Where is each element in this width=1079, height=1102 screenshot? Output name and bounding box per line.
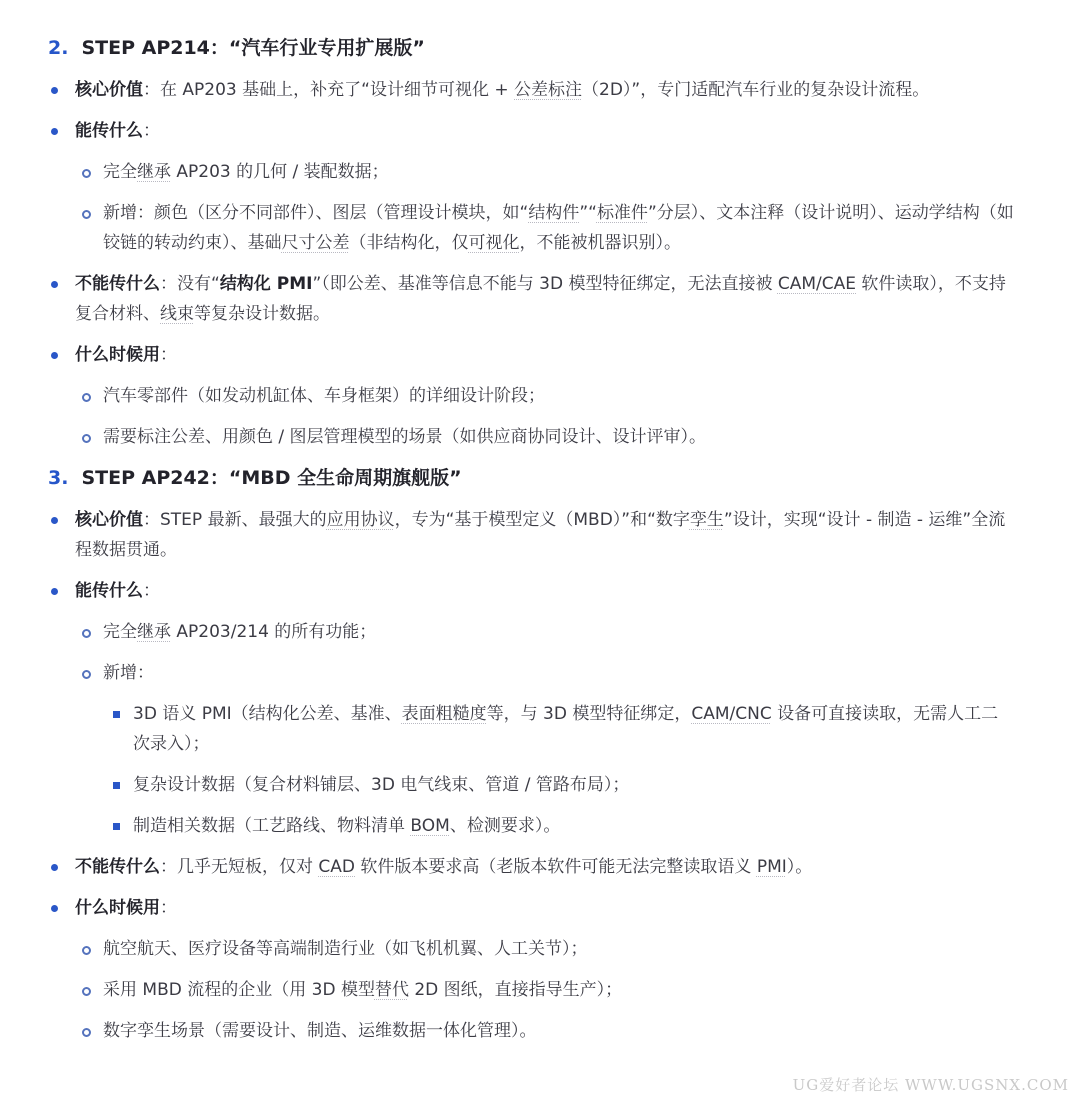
text-segment: ： bbox=[143, 581, 160, 601]
text-segment: 孪生 bbox=[690, 510, 724, 530]
text-segment: 等复杂设计数据。 bbox=[194, 304, 330, 324]
text-segment: AP203/214 的所有功能； bbox=[171, 622, 376, 642]
text-segment: ”（即公差、基准等信息不能与 3D 模型特征绑定，无法直接被 bbox=[312, 274, 777, 294]
list-item-text: 完全继承 AP203/214 的所有功能； bbox=[103, 622, 376, 642]
list-item: 什么时候用： bbox=[0, 893, 1015, 923]
text-segment: 表面粗糙度 bbox=[402, 704, 487, 724]
list-item-text: 新增：颜色（区分不同部件）、图层（管理设计模块，如“结构件”“标准件”分层）、文… bbox=[103, 203, 1014, 253]
text-segment: （非结构化，仅 bbox=[350, 233, 469, 253]
text-segment: ： bbox=[160, 345, 177, 365]
list-item: 不能传什么：没有“结构化 PMI”（即公差、基准等信息不能与 3D 模型特征绑定… bbox=[0, 269, 1015, 329]
text-segment: ”“ bbox=[579, 203, 597, 223]
heading-text: STEP AP242：“MBD 全生命周期旗舰版” bbox=[81, 467, 461, 489]
bold-term: 能传什么 bbox=[75, 581, 143, 601]
bold-term: 核心价值 bbox=[75, 80, 143, 100]
circle-bullet-icon bbox=[82, 1028, 91, 1037]
square-bullet-icon bbox=[113, 823, 120, 830]
text-segment: （2D）”，专门适配汽车行业的复杂设计流程。 bbox=[582, 80, 929, 100]
text-segment: 、检测要求）。 bbox=[450, 816, 561, 836]
list-item-text: 新增： bbox=[103, 663, 154, 683]
bold-term: 能传什么 bbox=[75, 121, 143, 141]
text-segment: 航空航天、医疗设备等高端制造行业（如飞机机翼、人工关节）； bbox=[103, 939, 588, 959]
heading-number: 2. bbox=[48, 37, 68, 59]
square-bullet-icon bbox=[113, 782, 120, 789]
circle-bullet-icon bbox=[82, 393, 91, 402]
bold-term: 什么时候用 bbox=[75, 898, 160, 918]
heading-number: 3. bbox=[48, 467, 68, 489]
list-item-text: 制造相关数据（工艺路线、物料清单 BOM、检测要求）。 bbox=[133, 816, 560, 836]
text-segment: 继承 bbox=[137, 622, 171, 642]
disc-bullet-icon bbox=[51, 905, 58, 912]
list-item-text: 能传什么： bbox=[75, 581, 160, 601]
text-segment: ，不能被机器识别）。 bbox=[520, 233, 682, 253]
text-segment: CAD bbox=[318, 857, 355, 877]
text-segment: 2D 图纸，直接指导生产）； bbox=[409, 980, 622, 1000]
section-heading: 3.STEP AP242：“MBD 全生命周期旗舰版” bbox=[0, 463, 1015, 493]
list-item-text: 什么时候用： bbox=[75, 898, 177, 918]
text-segment: 完全 bbox=[103, 622, 137, 642]
text-segment: ：在 AP203 基础上，补充了“设计细节可视化 + bbox=[143, 80, 514, 100]
list-item-text: 采用 MBD 流程的企业（用 3D 模型替代 2D 图纸，直接指导生产）； bbox=[103, 980, 622, 1000]
text-segment: AP203 的几何 / 装配数据； bbox=[171, 162, 389, 182]
text-segment: ，专为“基于模型定义（MBD）”和“数字 bbox=[395, 510, 690, 530]
list-item-text: 核心价值：在 AP203 基础上，补充了“设计细节可视化 + 公差标注（2D）”… bbox=[75, 80, 929, 100]
list-item-text: 3D 语义 PMI（结构化公差、基准、表面粗糙度等，与 3D 模型特征绑定，CA… bbox=[133, 704, 998, 754]
text-segment: 软件版本要求高（老版本软件可能无法完整读取语义 bbox=[355, 857, 757, 877]
circle-bullet-icon bbox=[82, 629, 91, 638]
list-item: 完全继承 AP203/214 的所有功能； bbox=[0, 617, 1015, 647]
circle-bullet-icon bbox=[82, 946, 91, 955]
list-item: 什么时候用： bbox=[0, 340, 1015, 370]
text-segment: 尺寸公差 bbox=[282, 233, 350, 253]
text-segment: CAM/CAE bbox=[778, 274, 856, 294]
list-item: 航空航天、医疗设备等高端制造行业（如飞机机翼、人工关节）； bbox=[0, 934, 1015, 964]
text-segment: 标准件 bbox=[597, 203, 648, 223]
text-segment: 需要标注公差、用颜色 / 图层管理模型的场景（如供应商协同设计、设计评审）。 bbox=[103, 427, 706, 447]
circle-bullet-icon bbox=[82, 210, 91, 219]
bold-term: 什么时候用 bbox=[75, 345, 160, 365]
list-item: 完全继承 AP203 的几何 / 装配数据； bbox=[0, 157, 1015, 187]
list-item-text: 完全继承 AP203 的几何 / 装配数据； bbox=[103, 162, 389, 182]
disc-bullet-icon bbox=[51, 517, 58, 524]
list-item-text: 什么时候用： bbox=[75, 345, 177, 365]
text-segment: ： bbox=[160, 898, 177, 918]
text-segment: 继承 bbox=[137, 162, 171, 182]
disc-bullet-icon bbox=[51, 864, 58, 871]
text-segment: ： bbox=[143, 121, 160, 141]
list-item-text: 复杂设计数据（复合材料铺层、3D 电气线束、管道 / 管路布局）； bbox=[133, 775, 629, 795]
circle-bullet-icon bbox=[82, 434, 91, 443]
list-item: 需要标注公差、用颜色 / 图层管理模型的场景（如供应商协同设计、设计评审）。 bbox=[0, 422, 1015, 452]
circle-bullet-icon bbox=[82, 987, 91, 996]
text-segment: 结构件 bbox=[528, 203, 579, 223]
text-segment: 等，与 3D 模型特征绑定， bbox=[487, 704, 692, 724]
text-segment: 新增： bbox=[103, 663, 154, 683]
list-item-text: 核心价值：STEP 最新、最强大的应用协议，专为“基于模型定义（MBD）”和“数… bbox=[75, 510, 1005, 560]
bold-term: 不能传什么 bbox=[75, 274, 160, 294]
list-item: 复杂设计数据（复合材料铺层、3D 电气线束、管道 / 管路布局）； bbox=[0, 770, 1015, 800]
disc-bullet-icon bbox=[51, 87, 58, 94]
text-segment: ：STEP 最新、最强大的 bbox=[143, 510, 327, 530]
list-item: 采用 MBD 流程的企业（用 3D 模型替代 2D 图纸，直接指导生产）； bbox=[0, 975, 1015, 1005]
text-segment: 采用 MBD 流程的企业（用 3D 模型 bbox=[103, 980, 375, 1000]
list-item: 汽车零部件（如发动机缸体、车身框架）的详细设计阶段； bbox=[0, 381, 1015, 411]
list-item: 能传什么： bbox=[0, 576, 1015, 606]
list-item-text: 航空航天、医疗设备等高端制造行业（如飞机机翼、人工关节）； bbox=[103, 939, 588, 959]
text-segment: 线束 bbox=[160, 304, 194, 324]
text-segment: 替代 bbox=[375, 980, 409, 1000]
bold-term: STEP AP214：“汽车行业专用扩展版” bbox=[81, 37, 424, 59]
list-item: 不能传什么：几乎无短板，仅对 CAD 软件版本要求高（老版本软件可能无法完整读取… bbox=[0, 852, 1015, 882]
square-bullet-icon bbox=[113, 711, 120, 718]
text-segment: ）。 bbox=[787, 857, 813, 877]
list-item: 新增： bbox=[0, 658, 1015, 688]
bold-term: 不能传什么 bbox=[75, 857, 160, 877]
disc-bullet-icon bbox=[51, 281, 58, 288]
list-item-text: 不能传什么：几乎无短板，仅对 CAD 软件版本要求高（老版本软件可能无法完整读取… bbox=[75, 857, 812, 877]
text-segment: 3D 语义 PMI（结构化公差、基准、 bbox=[133, 704, 402, 724]
list-item: 制造相关数据（工艺路线、物料清单 BOM、检测要求）。 bbox=[0, 811, 1015, 841]
bold-term: 核心价值 bbox=[75, 510, 143, 530]
text-segment: 可视化 bbox=[469, 233, 520, 253]
text-segment: 制造相关数据（工艺路线、物料清单 bbox=[133, 816, 410, 836]
text-segment: CAM/CNC bbox=[691, 704, 771, 724]
bold-term: 结构化 PMI bbox=[220, 274, 313, 294]
disc-bullet-icon bbox=[51, 128, 58, 135]
list-item-text: 不能传什么：没有“结构化 PMI”（即公差、基准等信息不能与 3D 模型特征绑定… bbox=[75, 274, 1006, 324]
list-item: 能传什么： bbox=[0, 116, 1015, 146]
list-item-text: 汽车零部件（如发动机缸体、车身框架）的详细设计阶段； bbox=[103, 386, 545, 406]
list-item-text: 需要标注公差、用颜色 / 图层管理模型的场景（如供应商协同设计、设计评审）。 bbox=[103, 427, 706, 447]
text-segment: 复杂设计数据（复合材料铺层、3D 电气线束、管道 / 管路布局）； bbox=[133, 775, 629, 795]
document-body: 2.STEP AP214：“汽车行业专用扩展版”核心价值：在 AP203 基础上… bbox=[0, 0, 1079, 1046]
list-item: 核心价值：STEP 最新、最强大的应用协议，专为“基于模型定义（MBD）”和“数… bbox=[0, 505, 1015, 565]
text-segment: 新增：颜色（区分不同部件）、图层（管理设计模块，如“ bbox=[103, 203, 528, 223]
text-segment: PMI bbox=[757, 857, 787, 877]
circle-bullet-icon bbox=[82, 169, 91, 178]
text-segment: ：没有“ bbox=[160, 274, 220, 294]
watermark: UG爱好者论坛 WWW.UGSNX.COM bbox=[793, 1074, 1069, 1095]
text-segment: ：几乎无短板，仅对 bbox=[160, 857, 318, 877]
list-item: 核心价值：在 AP203 基础上，补充了“设计细节可视化 + 公差标注（2D）”… bbox=[0, 75, 1015, 105]
list-item-text: 数字孪生场景（需要设计、制造、运维数据一体化管理）。 bbox=[103, 1021, 537, 1041]
disc-bullet-icon bbox=[51, 588, 58, 595]
list-item-text: 能传什么： bbox=[75, 121, 160, 141]
text-segment: 应用协议 bbox=[327, 510, 395, 530]
text-segment: 数字孪生场景（需要设计、制造、运维数据一体化管理）。 bbox=[103, 1021, 537, 1041]
circle-bullet-icon bbox=[82, 670, 91, 679]
bold-term: STEP AP242：“MBD 全生命周期旗舰版” bbox=[81, 467, 461, 489]
list-item: 新增：颜色（区分不同部件）、图层（管理设计模块，如“结构件”“标准件”分层）、文… bbox=[0, 198, 1015, 258]
section-heading: 2.STEP AP214：“汽车行业专用扩展版” bbox=[0, 33, 1015, 63]
heading-text: STEP AP214：“汽车行业专用扩展版” bbox=[81, 37, 424, 59]
disc-bullet-icon bbox=[51, 352, 58, 359]
text-segment: 汽车零部件（如发动机缸体、车身框架）的详细设计阶段； bbox=[103, 386, 545, 406]
text-segment: 公差标注 bbox=[514, 80, 582, 100]
text-segment: 完全 bbox=[103, 162, 137, 182]
list-item: 数字孪生场景（需要设计、制造、运维数据一体化管理）。 bbox=[0, 1016, 1015, 1046]
list-item: 3D 语义 PMI（结构化公差、基准、表面粗糙度等，与 3D 模型特征绑定，CA… bbox=[0, 699, 1015, 759]
text-segment: BOM bbox=[410, 816, 449, 836]
